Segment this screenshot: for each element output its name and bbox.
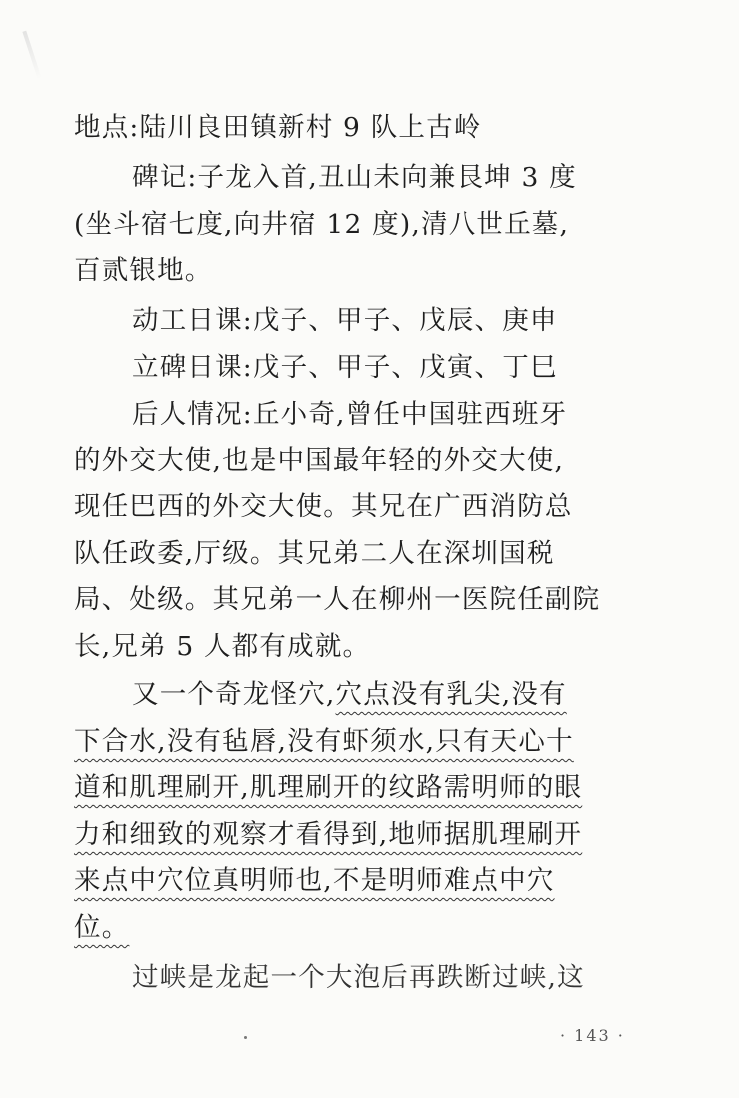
wavy-underlined-text: 道和肌理刷开,肌理刷开的纹路需明师的眼 bbox=[74, 772, 582, 803]
text-line: 队任政委,厅级。其兄弟二人在深圳国税 bbox=[74, 534, 664, 574]
text-line: 百贰银地。 bbox=[74, 251, 664, 291]
text-line: 道和肌理刷开,肌理刷开的纹路需明师的眼 bbox=[74, 768, 664, 808]
text-line: 现任巴西的外交大使。其兄在广西消防总 bbox=[74, 487, 664, 527]
scan-speck bbox=[244, 1036, 247, 1039]
text-line-inscription: 碑记:子龙入首,丑山未向兼艮坤 3 度 bbox=[132, 158, 722, 198]
wavy-underlined-text: 来点中穴位真明师也,不是明师难点中穴 bbox=[74, 865, 555, 896]
text-line: 来点中穴位真明师也,不是明师难点中穴 bbox=[74, 861, 664, 901]
wavy-underlined-text: 力和细致的观察才看得到,地师据肌理刷开 bbox=[74, 819, 582, 850]
text-line: 长,兄弟 5 人都有成就。 bbox=[74, 627, 664, 667]
text-line-location: 地点:陆川良田镇新村 9 队上古岭 bbox=[74, 108, 664, 148]
plain-text: 又一个奇龙怪穴, bbox=[132, 679, 336, 710]
text-line: 的外交大使,也是中国最年轻的外交大使, bbox=[74, 441, 664, 481]
document-page: 地点:陆川良田镇新村 9 队上古岭 碑记:子龙入首,丑山未向兼艮坤 3 度 (坐… bbox=[0, 0, 739, 1098]
text-line: 力和细致的观察才看得到,地师据肌理刷开 bbox=[74, 815, 664, 855]
scan-artifact bbox=[22, 31, 41, 80]
text-line-pass-description: 过峡是龙起一个大泡后再跌断过峡,这 bbox=[132, 958, 722, 998]
text-line: 下合水,没有毡唇,没有虾须水,只有天心十 bbox=[74, 722, 664, 762]
text-line: (坐斗宿七度,向井宿 12 度),清八世丘墓, bbox=[74, 205, 664, 245]
text-line-descendants: 后人情况:丘小奇,曾任中国驻西班牙 bbox=[132, 395, 722, 435]
page-number: · 143 · bbox=[560, 1026, 625, 1045]
text-line-stele-date: 立碑日课:戊子、甲子、戊寅、丁巳 bbox=[132, 348, 722, 388]
wavy-underlined-text: 位。 bbox=[74, 912, 129, 943]
text-line: 位。 bbox=[74, 908, 664, 948]
wavy-underlined-text: 穴点没有乳尖,没有 bbox=[336, 679, 567, 710]
text-line-groundbreaking-date: 动工日课:戊子、甲子、戊辰、庚申 bbox=[132, 301, 722, 341]
text-line: 局、处级。其兄弟一人在柳州一医院任副院 bbox=[74, 580, 664, 620]
wavy-underlined-text: 下合水,没有毡唇,没有虾须水,只有天心十 bbox=[74, 726, 574, 757]
text-line-paragraph-start: 又一个奇龙怪穴,穴点没有乳尖,没有 bbox=[132, 675, 722, 715]
